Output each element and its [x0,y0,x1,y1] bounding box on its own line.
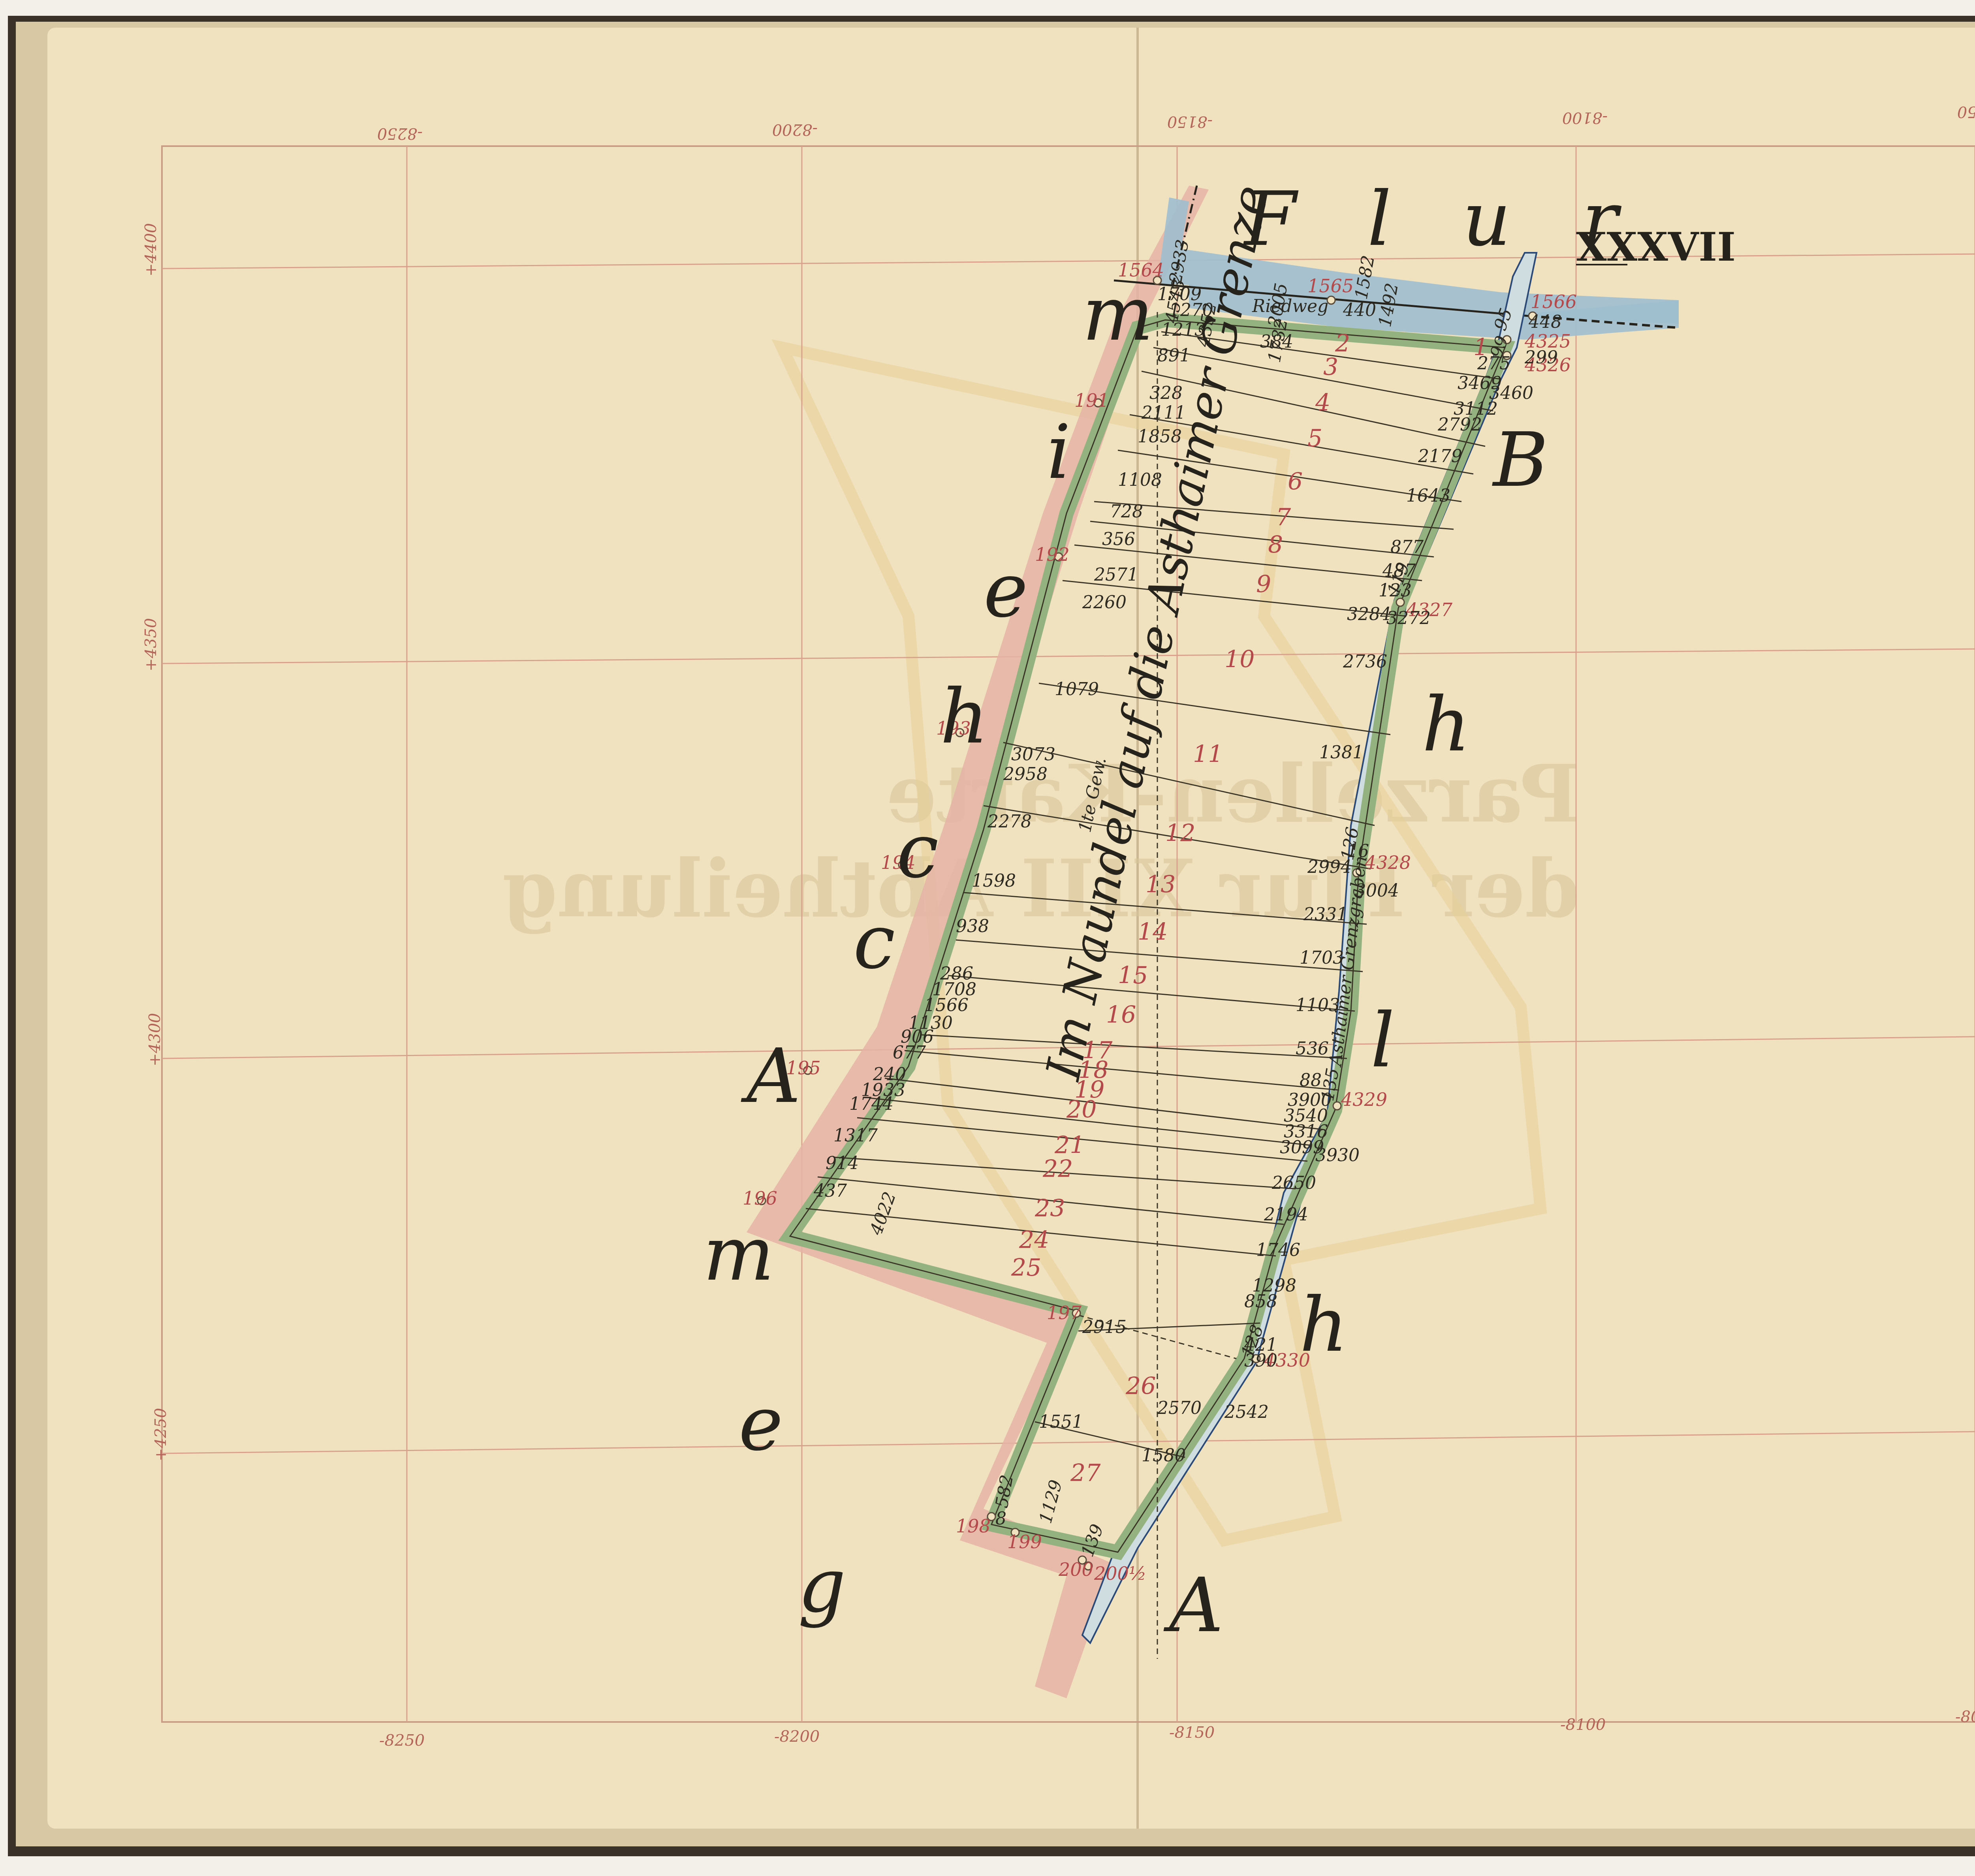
svg-text:88: 88 [1300,1070,1322,1090]
svg-text:191: 191 [1074,390,1109,411]
cadastral-map-scan: Parzellen-Karte der Flur XIII Abtheilung… [0,0,1975,1876]
svg-text:3073: 3073 [1011,744,1055,765]
svg-text:4329: 4329 [1341,1089,1387,1110]
svg-text:m: m [1082,270,1153,357]
svg-text:677: 677 [893,1043,926,1063]
svg-text:858: 858 [1244,1291,1277,1312]
svg-text:XXXVII: XXXVII [1576,224,1736,270]
svg-text:2260: 2260 [1082,592,1127,613]
svg-text:8: 8 [1268,531,1283,559]
svg-text:14: 14 [1138,918,1168,946]
svg-text:7: 7 [1276,504,1291,531]
svg-text:A: A [741,1032,801,1120]
svg-text:1744: 1744 [849,1094,893,1114]
svg-text:2331: 2331 [1303,904,1348,925]
svg-text:440: 440 [1343,300,1376,320]
svg-text:-8200: -8200 [774,1727,820,1746]
svg-text:197: 197 [1047,1302,1082,1323]
svg-text:2792: 2792 [1437,415,1482,435]
svg-text:728: 728 [1110,502,1143,522]
svg-text:h: h [940,673,988,760]
svg-text:192: 192 [1035,544,1070,565]
svg-text:437: 437 [813,1181,847,1201]
svg-text:1317: 1317 [833,1126,878,1146]
svg-text:1566: 1566 [1531,291,1577,312]
svg-text:A: A [1163,1562,1223,1649]
svg-text:448: 448 [1528,312,1562,332]
svg-text:2570: 2570 [1157,1398,1202,1418]
svg-text:B: B [1492,416,1548,504]
svg-text:3930: 3930 [1315,1145,1360,1165]
svg-text:-8150: -8150 [1169,1724,1215,1742]
svg-text:2542: 2542 [1224,1402,1269,1422]
svg-text:-8250: -8250 [379,1731,425,1750]
svg-text:15: 15 [1118,962,1148,989]
svg-text:200: 200 [1058,1559,1093,1580]
svg-text:-8250: -8250 [377,124,423,143]
svg-text:-8050: -8050 [1955,1708,1975,1726]
svg-text:-8100: -8100 [1562,109,1608,127]
svg-text:4328: 4328 [1364,852,1411,873]
svg-text:4: 4 [1315,389,1330,417]
svg-text:+4300: +4300 [146,1013,164,1066]
svg-text:2571: 2571 [1094,565,1138,585]
svg-text:196: 196 [743,1188,777,1209]
svg-text:22: 22 [1042,1155,1073,1183]
svg-text:12: 12 [1165,820,1195,847]
svg-text:m: m [703,1210,774,1297]
svg-text:e: e [984,547,1028,634]
svg-text:536: 536 [1296,1039,1329,1059]
svg-text:Riedweg: Riedweg [1252,296,1328,316]
svg-text:198: 198 [956,1515,991,1537]
svg-text:2915: 2915 [1082,1317,1127,1337]
svg-text:l: l [1371,997,1395,1084]
svg-text:h: h [1300,1281,1348,1368]
svg-text:877: 877 [1390,537,1424,557]
svg-text:27: 27 [1070,1459,1101,1487]
svg-text:1565: 1565 [1307,275,1354,297]
svg-text:1551: 1551 [1039,1412,1083,1432]
svg-text:h: h [1422,681,1470,768]
svg-text:i: i [1047,408,1071,496]
svg-text:3: 3 [1323,353,1338,381]
svg-text:13: 13 [1145,871,1176,899]
svg-text:24: 24 [1019,1226,1049,1254]
svg-text:1381: 1381 [1319,743,1364,763]
svg-text:2650: 2650 [1272,1173,1316,1193]
svg-text:+4350: +4350 [142,618,160,671]
svg-text:299: 299 [1524,348,1558,368]
svg-text:938: 938 [956,916,989,936]
svg-text:1746: 1746 [1256,1240,1300,1260]
svg-text:9: 9 [1256,571,1271,598]
svg-text:5: 5 [1307,425,1322,452]
svg-text:2958: 2958 [1003,764,1048,784]
svg-text:11: 11 [1193,741,1223,768]
svg-text:1580: 1580 [1142,1446,1186,1466]
svg-text:2994: 2994 [1307,857,1352,877]
svg-text:1643: 1643 [1406,486,1450,506]
svg-text:3460: 3460 [1489,383,1533,403]
svg-text:2194: 2194 [1264,1205,1308,1225]
svg-text:2736: 2736 [1343,652,1387,672]
svg-text:-8200: -8200 [772,120,818,139]
svg-text:g: g [798,1542,846,1629]
svg-text:200½: 200½ [1094,1563,1146,1584]
svg-text:1566: 1566 [924,995,969,1015]
svg-text:199: 199 [1007,1531,1042,1553]
svg-text:2179: 2179 [1418,446,1462,466]
svg-text:3284: 3284 [1347,604,1391,624]
svg-text:16: 16 [1106,1001,1136,1029]
svg-text:1108: 1108 [1118,470,1162,490]
svg-text:914: 914 [826,1153,859,1173]
svg-text:c: c [897,807,939,895]
svg-text:1079: 1079 [1055,679,1099,699]
svg-text:3272: 3272 [1386,608,1431,628]
svg-text:26: 26 [1125,1372,1156,1400]
svg-text:891: 891 [1157,346,1191,366]
svg-text:-8100: -8100 [1560,1716,1606,1734]
svg-text:1703: 1703 [1300,948,1344,968]
svg-text:2278: 2278 [987,812,1032,832]
svg-text:356: 356 [1102,529,1135,549]
svg-text:+4250: +4250 [152,1408,170,1461]
svg-text:e: e [739,1380,783,1467]
svg-text:c: c [853,898,895,985]
svg-text:20: 20 [1066,1096,1097,1124]
svg-text:328: 328 [1149,383,1183,403]
svg-text:1598: 1598 [972,871,1016,891]
svg-text:-8150: -8150 [1167,113,1213,131]
svg-text:10: 10 [1224,646,1255,673]
svg-text:8: 8 [995,1509,1006,1529]
svg-text:+4400: +4400 [142,223,160,276]
svg-text:6: 6 [1288,468,1303,496]
svg-text:23: 23 [1035,1195,1065,1222]
svg-text:25: 25 [1011,1254,1041,1282]
svg-text:-8050: -8050 [1957,103,1975,121]
